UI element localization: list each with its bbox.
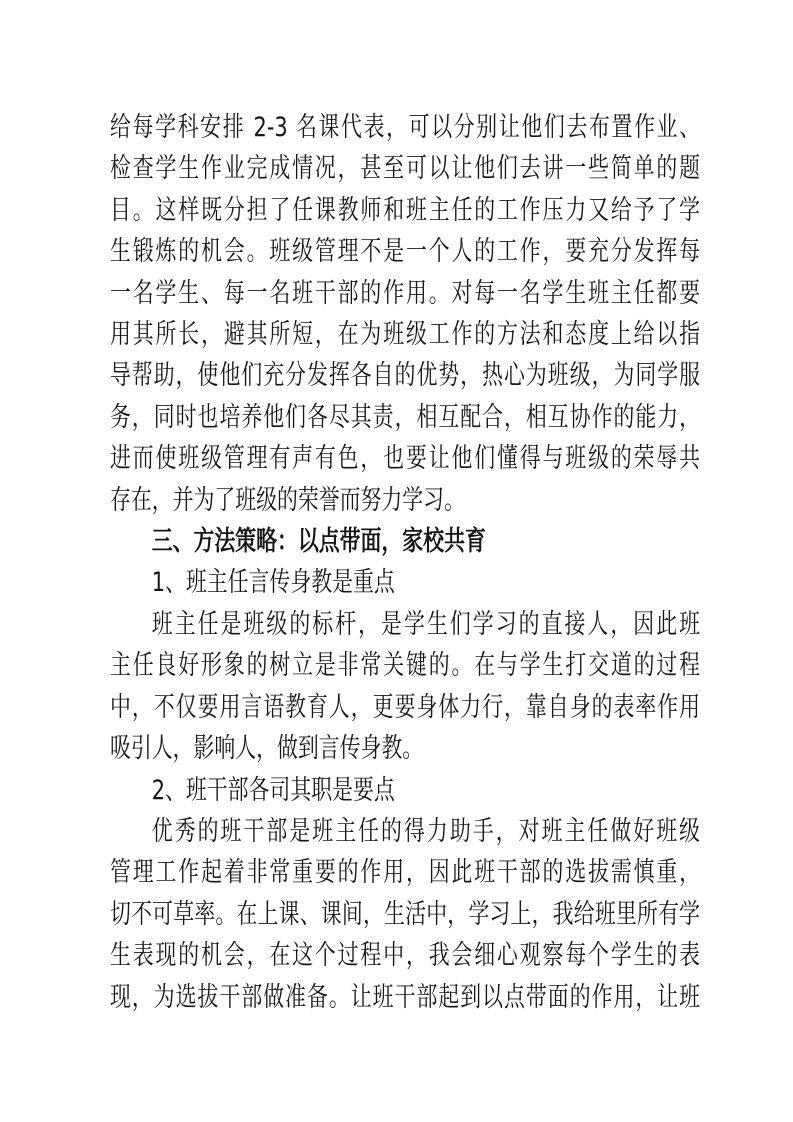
text-line: 用其所长，避其所短，在为班级工作的方法和态度上给以指 — [110, 314, 700, 355]
text-line: 主任良好形象的树立是非常关键的。在与学生打交道的过程 — [110, 645, 700, 686]
sub-heading: 1、班主任言传身教是重点 — [110, 562, 700, 603]
text-line: 存在，并为了班级的荣誉而努力学习。 — [110, 480, 700, 521]
body-paragraph: 优秀的班干部是班主任的得力助手，对班主任做好班级管理工作起着非常重要的作用，因此… — [110, 811, 700, 1018]
text-line: 目。这样既分担了任课教师和班主任的工作压力又给予了学 — [110, 190, 700, 231]
text-line: 进而使班级管理有声有色，也要让他们懂得与班级的荣辱共 — [110, 438, 700, 479]
section-heading: 三、方法策略：以点带面，家校共育 — [110, 521, 700, 562]
text-line: 给每学科安排 2-3 名课代表，可以分别让他们去布置作业、 — [110, 107, 700, 148]
text-line: 班主任是班级的标杆，是学生们学习的直接人，因此班 — [110, 604, 700, 645]
document-page: 给每学科安排 2-3 名课代表，可以分别让他们去布置作业、检查学生作业完成情况，… — [0, 0, 793, 1122]
text-line: 现，为选拔干部做准备。让班干部起到以点带面的作用，让班 — [110, 977, 700, 1018]
text-line: 优秀的班干部是班主任的得力助手，对班主任做好班级 — [110, 811, 700, 852]
text-line: 三、方法策略：以点带面，家校共育 — [110, 521, 700, 562]
text-line: 2、班干部各司其职是要点 — [110, 770, 700, 811]
text-line: 切不可草率。在上课、课间，生活中，学习上，我给班里所有学 — [110, 894, 700, 935]
text-line: 中，不仅要用言语教育人，更要身体力行，靠自身的表率作用 — [110, 687, 700, 728]
text-line: 一名学生、每一名班干部的作用。对每一名学生班主任都要 — [110, 273, 700, 314]
text-line: 务，同时也培养他们各尽其责，相互配合，相互协作的能力， — [110, 397, 700, 438]
document-content: 给每学科安排 2-3 名课代表，可以分别让他们去布置作业、检查学生作业完成情况，… — [110, 107, 700, 1018]
text-line: 吸引人，影响人，做到言传身教。 — [110, 728, 700, 769]
text-line: 1、班主任言传身教是重点 — [110, 562, 700, 603]
text-line: 检查学生作业完成情况，甚至可以让他们去讲一些简单的题 — [110, 148, 700, 189]
text-line: 管理工作起着非常重要的作用，因此班干部的选拔需慎重， — [110, 852, 700, 893]
sub-heading: 2、班干部各司其职是要点 — [110, 770, 700, 811]
text-line: 生表现的机会，在这个过程中，我会细心观察每个学生的表 — [110, 935, 700, 976]
body-paragraph: 班主任是班级的标杆，是学生们学习的直接人，因此班主任良好形象的树立是非常关键的。… — [110, 604, 700, 770]
text-line: 导帮助，使他们充分发挥各自的优势，热心为班级，为同学服 — [110, 355, 700, 396]
text-line: 生锻炼的机会。班级管理不是一个人的工作，要充分发挥每 — [110, 231, 700, 272]
body-paragraph: 给每学科安排 2-3 名课代表，可以分别让他们去布置作业、检查学生作业完成情况，… — [110, 107, 700, 521]
